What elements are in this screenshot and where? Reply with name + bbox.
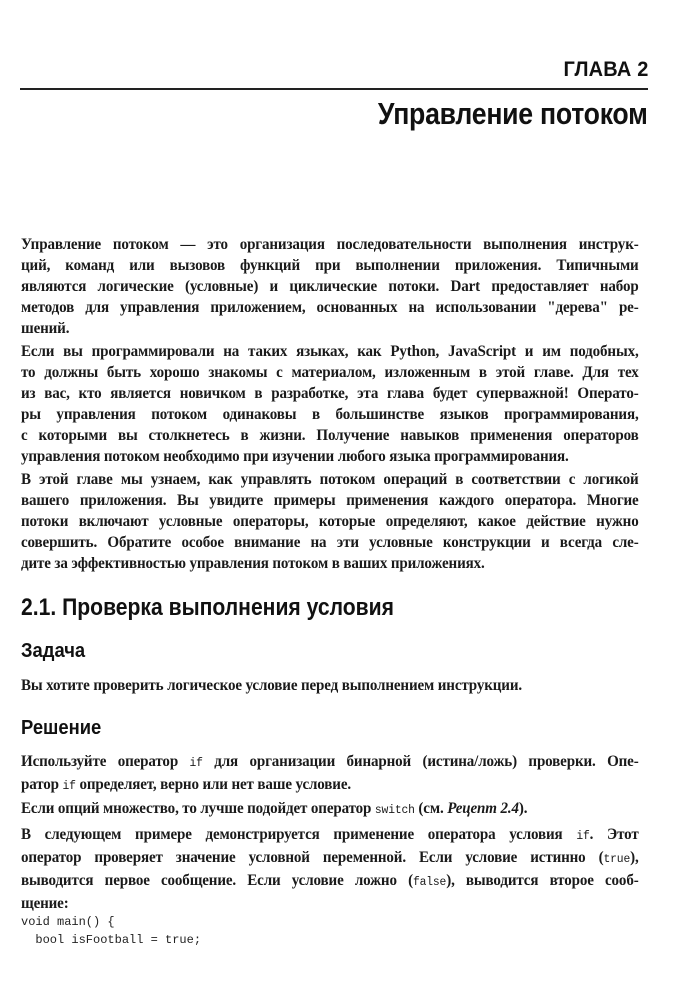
text-line: ратор if определяет, верно или нет ваше … (21, 774, 639, 797)
text-line: с которыми вы столкнетесь в жизни. Получ… (21, 425, 639, 446)
chapter-intro: Управление потоком — это организация пос… (21, 234, 648, 576)
inline-code: if (576, 830, 589, 843)
text-line: совершить. Обратите особое внимание на э… (21, 532, 639, 553)
chapter-title: Управление потоком (378, 96, 648, 132)
section-heading: 2.1. Проверка выполнения условия (21, 594, 394, 622)
code-line: void main() { (21, 913, 201, 931)
code-line: bool isFootball = true; (21, 931, 201, 949)
inline-code: false (413, 876, 446, 889)
solution-heading: Решение (21, 717, 101, 740)
recipe-reference: Рецепт 2.4 (447, 800, 519, 817)
task-heading: Задача (21, 640, 85, 663)
task-text: Вы хотите проверить логическое условие п… (21, 675, 639, 696)
text-line: то должны быть хорошо знакомы с материал… (21, 362, 639, 383)
text-line: дите за эффективностью управления потоко… (21, 553, 639, 574)
text-line: В следующем примере демонстрируется прим… (21, 824, 639, 847)
text-line: Если опций множество, то лучше подойдет … (21, 798, 639, 821)
code-listing: void main() { bool isFootball = true; (21, 913, 201, 949)
chapter-divider (20, 88, 648, 90)
solution-paragraph-1: Используйте оператор if для организации … (21, 751, 639, 797)
text-line: шений. (21, 318, 639, 339)
inline-code: switch (375, 804, 415, 817)
book-page: ГЛАВА 2 Управление потоком Управление по… (0, 0, 685, 1000)
text-line: являются логические (условные) и цикличе… (21, 276, 639, 297)
text-line: Используйте оператор if для организации … (21, 751, 639, 774)
text-line: ций, команд или вызовов функций при выпо… (21, 255, 639, 276)
text-line: Вы хотите проверить логическое условие п… (21, 675, 639, 696)
chapter-label: ГЛАВА 2 (563, 58, 648, 82)
text-line: выводится первое сообщение. Если условие… (21, 870, 639, 893)
inline-code: if (63, 780, 76, 793)
text-line: управления потоком необходимо при изучен… (21, 446, 639, 467)
text-line: из вас, кто является новичком в разработ… (21, 383, 639, 404)
inline-code: if (189, 757, 202, 770)
text-line: Если вы программировали на таких языках,… (21, 341, 639, 362)
solution-paragraph-3: В следующем примере демонстрируется прим… (21, 824, 639, 914)
text-line: методов для управления приложением, осно… (21, 297, 639, 318)
text-line: потоки включают условные операторы, кото… (21, 511, 639, 532)
inline-code: true (603, 853, 630, 866)
text-line: Управление потоком — это организация пос… (21, 234, 639, 255)
text-line: щение: (21, 893, 639, 914)
text-line: оператор проверяет значение условной пер… (21, 847, 639, 870)
intro-paragraph-2: Если вы программировали на таких языках,… (21, 341, 639, 467)
text-line: ры управления потоком одинаковы в больши… (21, 404, 639, 425)
text-line: В этой главе мы узнаем, как управлять по… (21, 469, 639, 490)
text-line: вашего приложения. Вы увидите примеры пр… (21, 490, 639, 511)
intro-paragraph-3: В этой главе мы узнаем, как управлять по… (21, 469, 639, 574)
intro-paragraph-1: Управление потоком — это организация пос… (21, 234, 639, 339)
solution-paragraph-2: Если опций множество, то лучше подойдет … (21, 798, 639, 821)
